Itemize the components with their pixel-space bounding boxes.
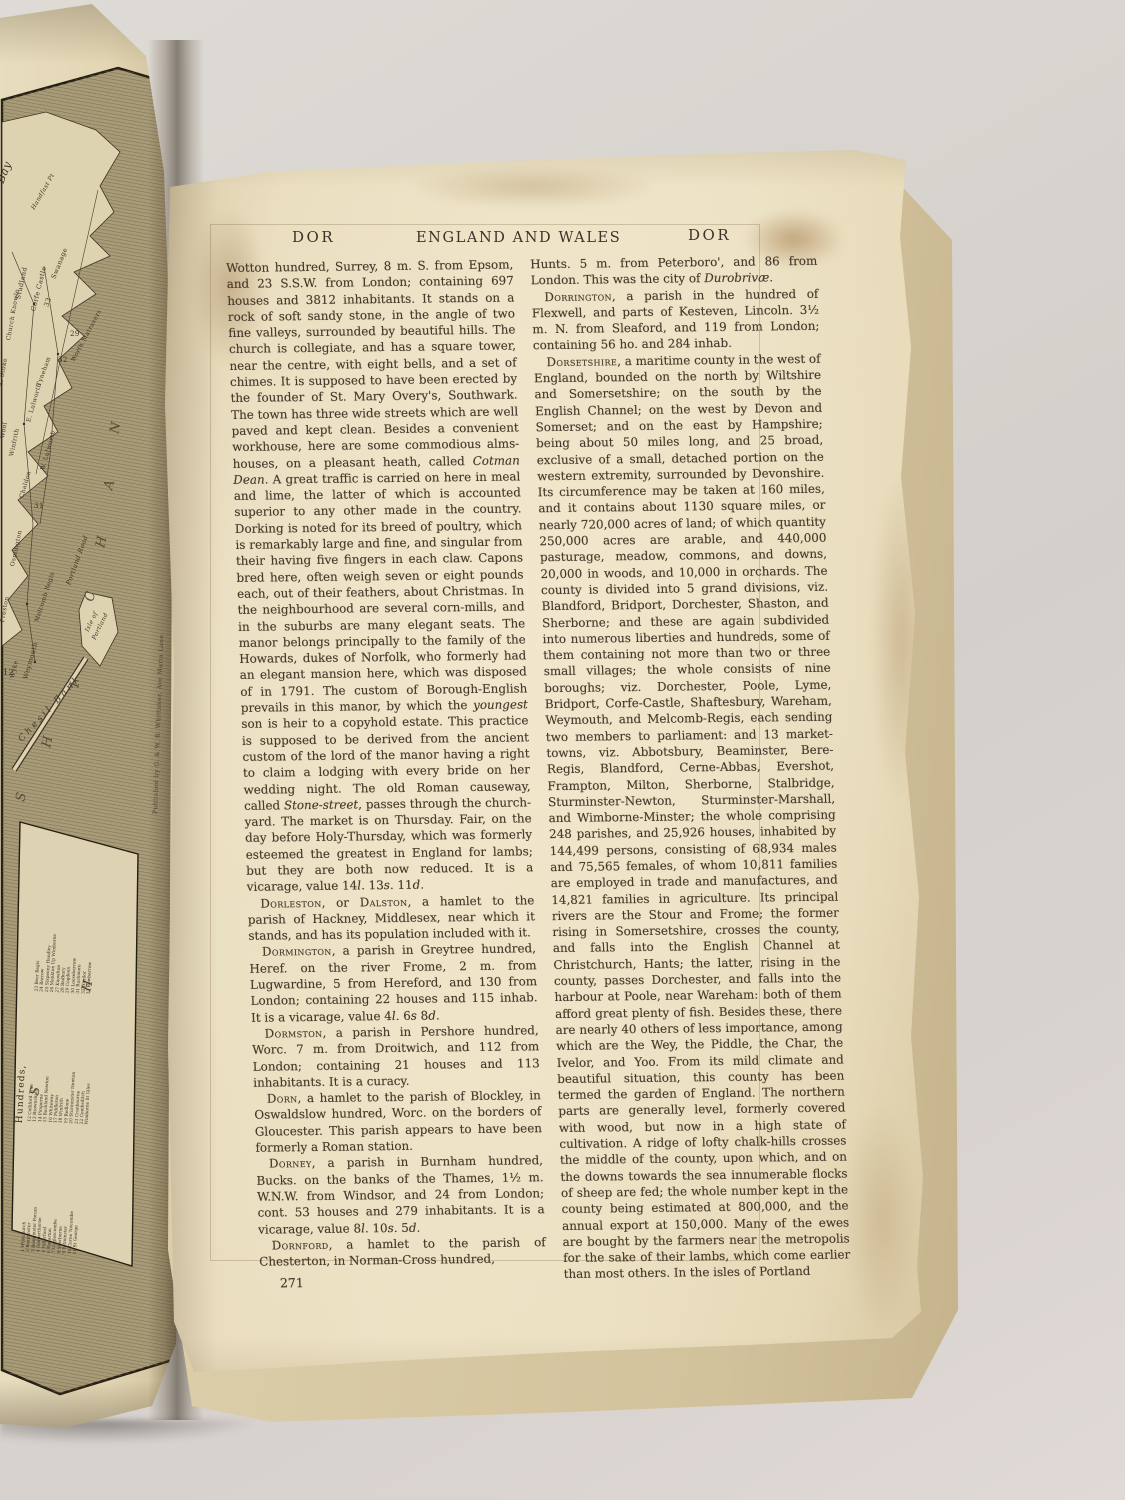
map-label: 32	[58, 356, 68, 364]
header-left: DOR	[292, 228, 335, 246]
text-run: , or	[321, 895, 360, 909]
map-label: E. Lulworth	[25, 382, 43, 423]
map-label: Winfrith	[8, 428, 21, 457]
sea-letter: H	[93, 533, 110, 549]
column-left: Wotton hundred, Surrey, 8 m. S. from Eps…	[226, 256, 547, 1291]
map-label: Bay	[0, 160, 14, 185]
entry-headword: Dorrington	[544, 289, 612, 304]
italic-text: Durobrivæ	[704, 271, 769, 286]
paragraph: Dormington, a parish in Greytree hundred…	[249, 941, 539, 1026]
paragraph: Hunts. 5 m. from Peterboro', and 86 from…	[530, 253, 818, 289]
text-run: Wotton hundred, Surrey, 8 m. S. from Eps…	[226, 257, 519, 470]
map-label: 29	[70, 330, 80, 338]
map-label: Wyke	[9, 660, 20, 679]
paragraph: Dornford, a hamlet to the parish of Ches…	[258, 1234, 546, 1270]
text-run: .	[420, 878, 424, 892]
text-run: . 10	[365, 1221, 388, 1235]
text-run: . 5	[393, 1220, 409, 1234]
text-block: Wotton hundred, Surrey, 8 m. S. from Eps…	[226, 253, 860, 1291]
entry-headword: Dorn	[267, 1091, 298, 1105]
paragraph: Dorn, a hamlet to the parish of Blockley…	[254, 1087, 543, 1156]
text-run: .	[416, 1220, 420, 1234]
map-label: Wool	[0, 422, 9, 439]
header-right: DOR	[688, 226, 731, 244]
sea-letter: N	[107, 419, 124, 435]
header-title: ENGLAND AND WALES	[416, 230, 621, 246]
hundreds-column: 12 Colliford Tree13 Brownshall14 Pimpern…	[27, 998, 96, 1125]
paragraph: Dorrington, a parish in the hundred of F…	[531, 285, 820, 354]
sea-letter: H	[39, 733, 56, 749]
italic-text: youngest	[473, 697, 528, 712]
book-photo: { "scene": { "backdrop_color": "#d8d4cf"…	[0, 0, 1125, 1500]
sea-letter: C	[82, 588, 99, 603]
entry-headword: Dorsetshire	[546, 354, 617, 369]
paragraph: Dormston, a parish in Pershore hundred, …	[251, 1022, 540, 1091]
map-label: Portland Road	[64, 534, 89, 586]
page-number: 271	[280, 1273, 547, 1291]
text-run: 8	[417, 1008, 429, 1022]
map-label: W. Lulworth	[39, 430, 57, 471]
map-label: Swanage	[50, 247, 70, 280]
hundreds-legend: Hundreds, 1 Whitchurch2 Beaminster3 Beam…	[12, 824, 138, 1266]
entry-headword: Dorney	[269, 1156, 312, 1171]
text-run: . 11	[390, 878, 413, 892]
text-run: , a hamlet to the parish of Blockley, in…	[254, 1088, 542, 1154]
map-label: Handfast Pt	[30, 172, 56, 211]
hundreds-legend-content: Hundreds, 1 Whitchurch2 Beaminster3 Beam…	[8, 833, 142, 1256]
map-label: Preston	[0, 596, 11, 623]
sea-letter: S	[13, 789, 30, 803]
paragraph: Dorleston, or Dalston, a hamlet to the p…	[247, 892, 536, 944]
entry-headword: Dormington	[262, 944, 332, 959]
text-page: DOR ENGLAND AND WALES DOR Wotton hundred…	[148, 142, 993, 1397]
entry-headword: Dornford	[271, 1238, 328, 1253]
text-run: . 6	[395, 1008, 411, 1022]
hundreds-column: 23 Beer Regis24 Barrow25 Sixpenny Handle…	[34, 868, 103, 995]
entry-headword: Dormston	[264, 1026, 322, 1041]
paragraph: Dorney, a parish in Burnham hundred, Buc…	[256, 1153, 546, 1238]
map-label: Osmington	[9, 530, 24, 567]
map-label: Chaldon	[18, 470, 32, 499]
map-label: Melcomb Regis	[33, 571, 56, 623]
entry-headword: Dalston	[359, 894, 407, 909]
map-label: Weymouth	[21, 641, 39, 680]
paragraph: Wotton hundred, Surrey, 8 m. S. from Eps…	[226, 256, 534, 895]
entry-headword: Dorleston	[260, 895, 322, 910]
text-run: . A great traffic is carried on here in …	[234, 469, 528, 715]
text-run: .	[769, 271, 773, 285]
map-label: 31	[34, 502, 44, 510]
sea-letter: A	[101, 477, 118, 491]
text-run: .	[436, 1008, 440, 1022]
text-run: . 13	[361, 878, 384, 892]
hundreds-column: 1 Whitchurch2 Beaminster3 Beaminster For…	[20, 1128, 89, 1255]
paragraph: Dorsetshire, a maritime county in the we…	[533, 351, 851, 1283]
map-label: Church Knowle	[5, 288, 21, 341]
map-label: 33	[42, 296, 53, 308]
foxing-stain	[408, 166, 658, 208]
text-run: , a maritime county in the west of Engla…	[534, 352, 851, 1282]
map-label: E. Stoke	[0, 358, 9, 387]
italic-text: Stone-street	[284, 797, 359, 812]
text-run: Hunts. 5 m. from Peterboro', and 86 from…	[530, 254, 817, 288]
column-right: Hunts. 5 m. from Peterboro', and 86 from…	[530, 253, 851, 1288]
